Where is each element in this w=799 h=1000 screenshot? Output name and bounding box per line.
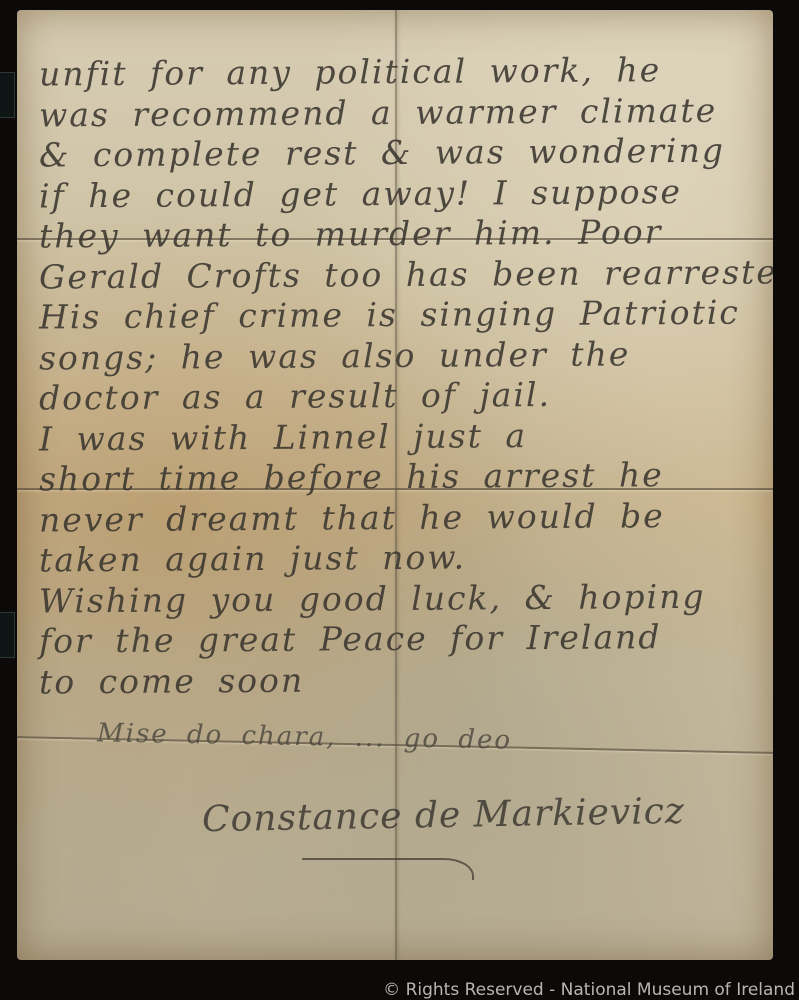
letter-line: taken again just now. <box>39 535 759 581</box>
image-frame: unfit for any political work, he was rec… <box>0 0 799 1000</box>
letter-line: I was with Linnel just a <box>39 414 759 460</box>
letter-line: Gerald Crofts too has been rearrested. <box>39 252 759 298</box>
letter-closing: Mise do chara, ... go deo <box>97 718 513 755</box>
letter-line: never dreamt that he would be <box>39 495 759 541</box>
letter-body: unfit for any political work, he was rec… <box>39 52 759 700</box>
letter-page: unfit for any political work, he was rec… <box>17 10 773 960</box>
letter-line: they want to murder him. Poor <box>39 211 759 257</box>
letter-line: was recommend a warmer climate <box>39 90 759 136</box>
letter-line: doctor as a result of jail. <box>39 373 759 419</box>
signature: Constance de Markievicz <box>202 791 685 840</box>
letter-line: unfit for any political work, he <box>39 49 759 95</box>
letter-line: & complete rest & was wondering <box>39 130 759 176</box>
letter-line: if he could get away! I suppose <box>39 171 759 217</box>
letter-line: songs; he was also under the <box>39 333 759 379</box>
letter-line: for the great Peace for Ireland <box>39 616 759 662</box>
letter-line: short time before his arrest he <box>39 454 759 500</box>
frame-edge-mark <box>0 612 15 658</box>
copyright-watermark: © Rights Reserved - National Museum of I… <box>383 980 795 1000</box>
letter-line: Wishing you good luck, & hoping <box>39 576 759 622</box>
frame-edge-mark <box>0 72 15 118</box>
letter-line: His chief crime is singing Patriotic <box>39 292 759 338</box>
letter-line: to come soon <box>39 657 759 703</box>
signature-flourish <box>302 858 474 880</box>
